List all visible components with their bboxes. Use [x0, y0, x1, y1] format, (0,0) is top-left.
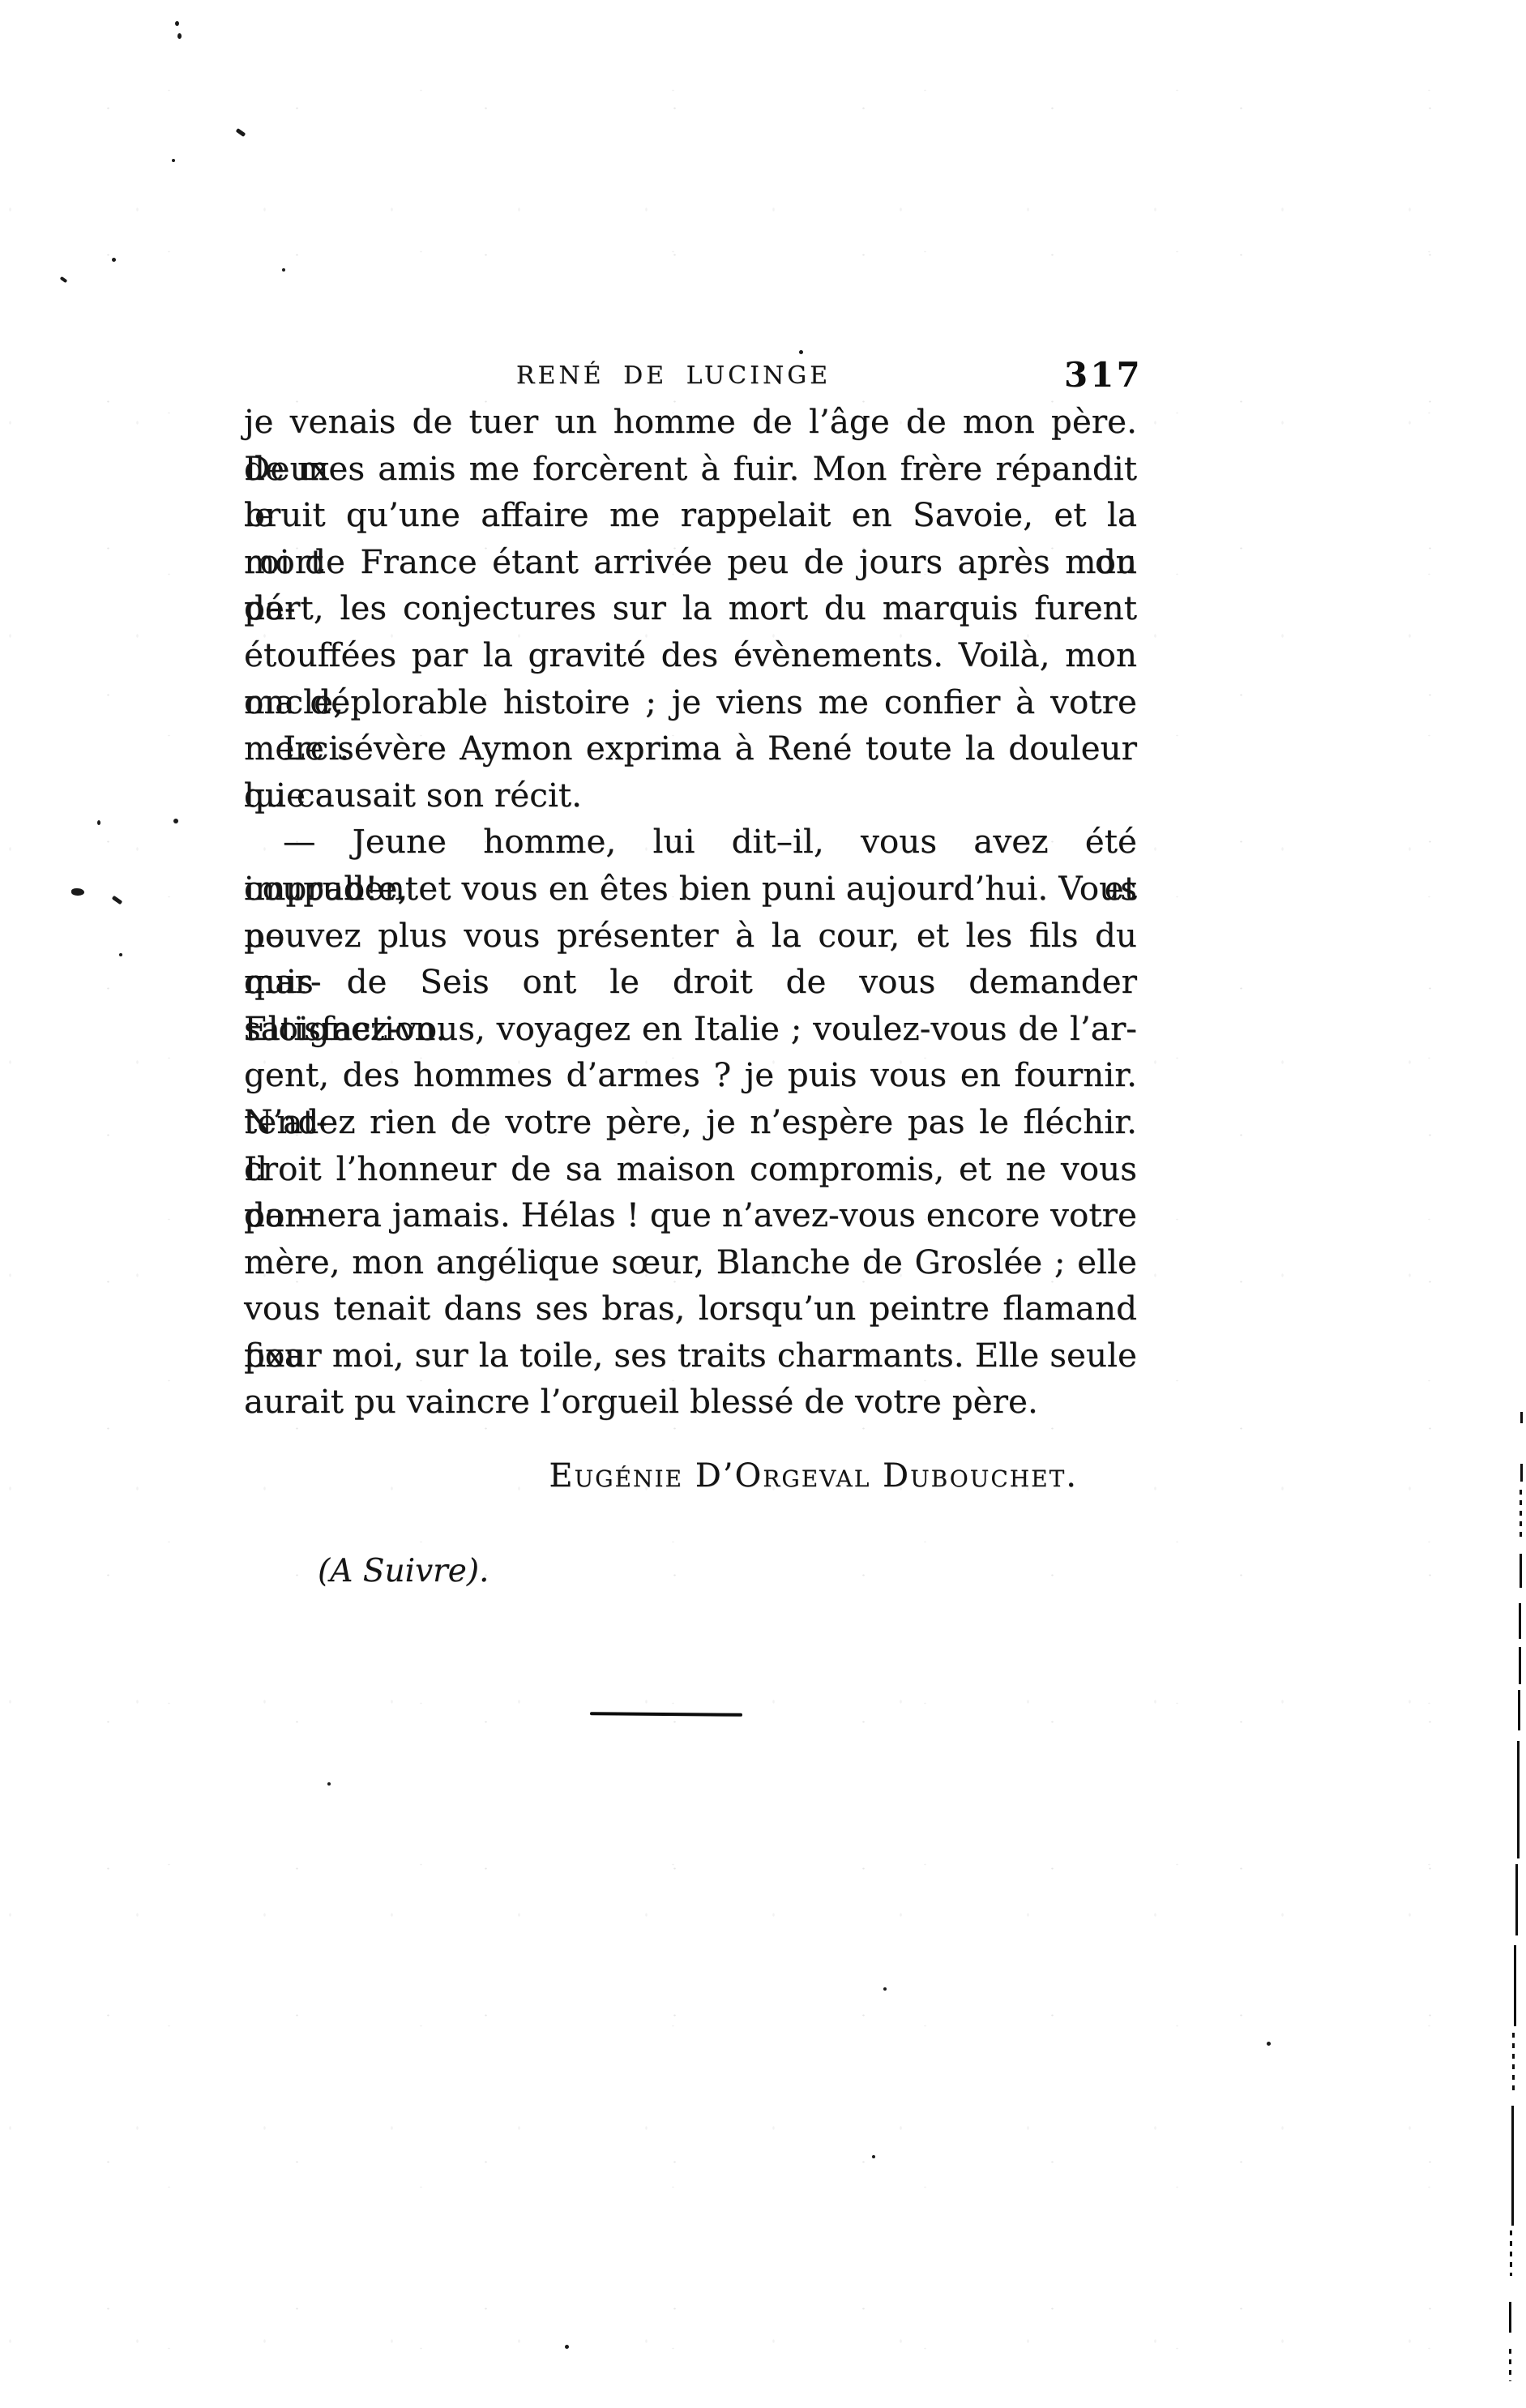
page-edge-line: [1520, 1464, 1523, 1482]
scan-speck: [1267, 2042, 1271, 2046]
section-end-rule: [590, 1712, 742, 1717]
text-line: je venais de tuer un homme de l’âge de m…: [244, 399, 1137, 446]
text-line: part, les conjectures sur la mort du mar…: [244, 585, 1137, 632]
scan-speck: [173, 819, 178, 823]
page-edge-line: [1520, 1412, 1523, 1423]
page-edge-line: [1514, 1945, 1516, 2026]
text-line: bruit qu’une affaire me rappelait en Sav…: [244, 492, 1137, 539]
scan-speck: [236, 128, 246, 137]
body-text: je venais de tuer un homme de l’âge de m…: [244, 399, 1137, 1426]
page-edge-line: [1519, 1603, 1521, 1639]
scan-speck: [112, 896, 123, 905]
page-edge-line: [1509, 2349, 1511, 2381]
scan-speck: [97, 820, 100, 825]
text-line: étouffées par la gravité des évènements.…: [244, 632, 1137, 679]
text-line: — Jeune homme, lui dit–il, vous avez été…: [244, 819, 1137, 866]
page-edge-line: [1510, 2231, 1512, 2276]
scan-speck: [799, 350, 803, 354]
scan-speck: [872, 2155, 875, 2158]
scan-speck: [175, 21, 179, 26]
text-line: donnera jamais. Hélas ! que n’avez-vous …: [244, 1192, 1137, 1239]
page-edge-line: [1517, 1741, 1520, 1858]
page-edge-line: [1515, 1864, 1518, 1935]
scan-speck: [71, 888, 84, 896]
scanned-book-page: RENÉ DE LUCINGE 317 je venais de tuer un…: [0, 0, 1526, 2408]
text-line: Eloignez-vous, voyagez en Italie ; voule…: [244, 1006, 1137, 1053]
text-line: quis de Seis ont le droit de vous demand…: [244, 959, 1137, 1006]
page-edge-line: [1518, 1690, 1520, 1730]
text-line: coupab!e, et vous en êtes bien puni aujo…: [244, 866, 1137, 913]
page-edge-line: [1520, 1554, 1522, 1588]
continuation-notice: (A Suivre).: [318, 1553, 489, 1589]
scan-speck: [883, 1987, 887, 1991]
text-line: Le sévère Aymon exprima à René toute la …: [244, 725, 1137, 772]
scan-speck: [177, 33, 182, 39]
text-line: de mes amis me forcèrent à fuir. Mon frè…: [244, 446, 1137, 493]
page-edge-line: [1512, 2033, 1515, 2096]
text-line: pouvez plus vous présenter à la cour, et…: [244, 913, 1137, 960]
text-line: pour moi, sur la toile, ses traits charm…: [244, 1332, 1137, 1379]
page-edge-line: [1509, 2302, 1511, 2333]
text-line: mère, mon angélique sœur, Blanche de Gro…: [244, 1239, 1137, 1286]
scan-speck: [60, 276, 68, 283]
page-number: 317: [1064, 355, 1143, 395]
text-line: lui causait son récit.: [244, 772, 1137, 819]
text-line: roi de France étant arrivée peu de jours…: [244, 539, 1137, 586]
text-line: vous tenait dans ses bras, lorsqu’un pei…: [244, 1285, 1137, 1332]
running-head-title: RENÉ DE LUCINGE: [244, 361, 1103, 390]
scan-speck: [327, 1782, 331, 1786]
page-edge-line: [1519, 1647, 1521, 1684]
scan-speck: [565, 2345, 569, 2349]
author-signature: Eugénie D’Orgeval Dubouchet.: [549, 1457, 1078, 1495]
scan-speck: [112, 258, 116, 262]
scan-speck: [172, 159, 175, 162]
text-line: croit l’honneur de sa maison compromis, …: [244, 1146, 1137, 1193]
text-line: tendez rien de votre père, je n’espère p…: [244, 1099, 1137, 1146]
page-edge-line: [1511, 2106, 1514, 2226]
scan-speck: [119, 953, 122, 956]
page-edge-line: [1520, 1490, 1522, 1537]
text-line: ma déplorable histoire ; je viens me con…: [244, 679, 1137, 726]
text-line: gent, des hommes d’armes ? je puis vous …: [244, 1052, 1137, 1099]
text-line: aurait pu vaincre l’orgueil blessé de vo…: [244, 1379, 1137, 1426]
scan-speck: [282, 268, 285, 272]
